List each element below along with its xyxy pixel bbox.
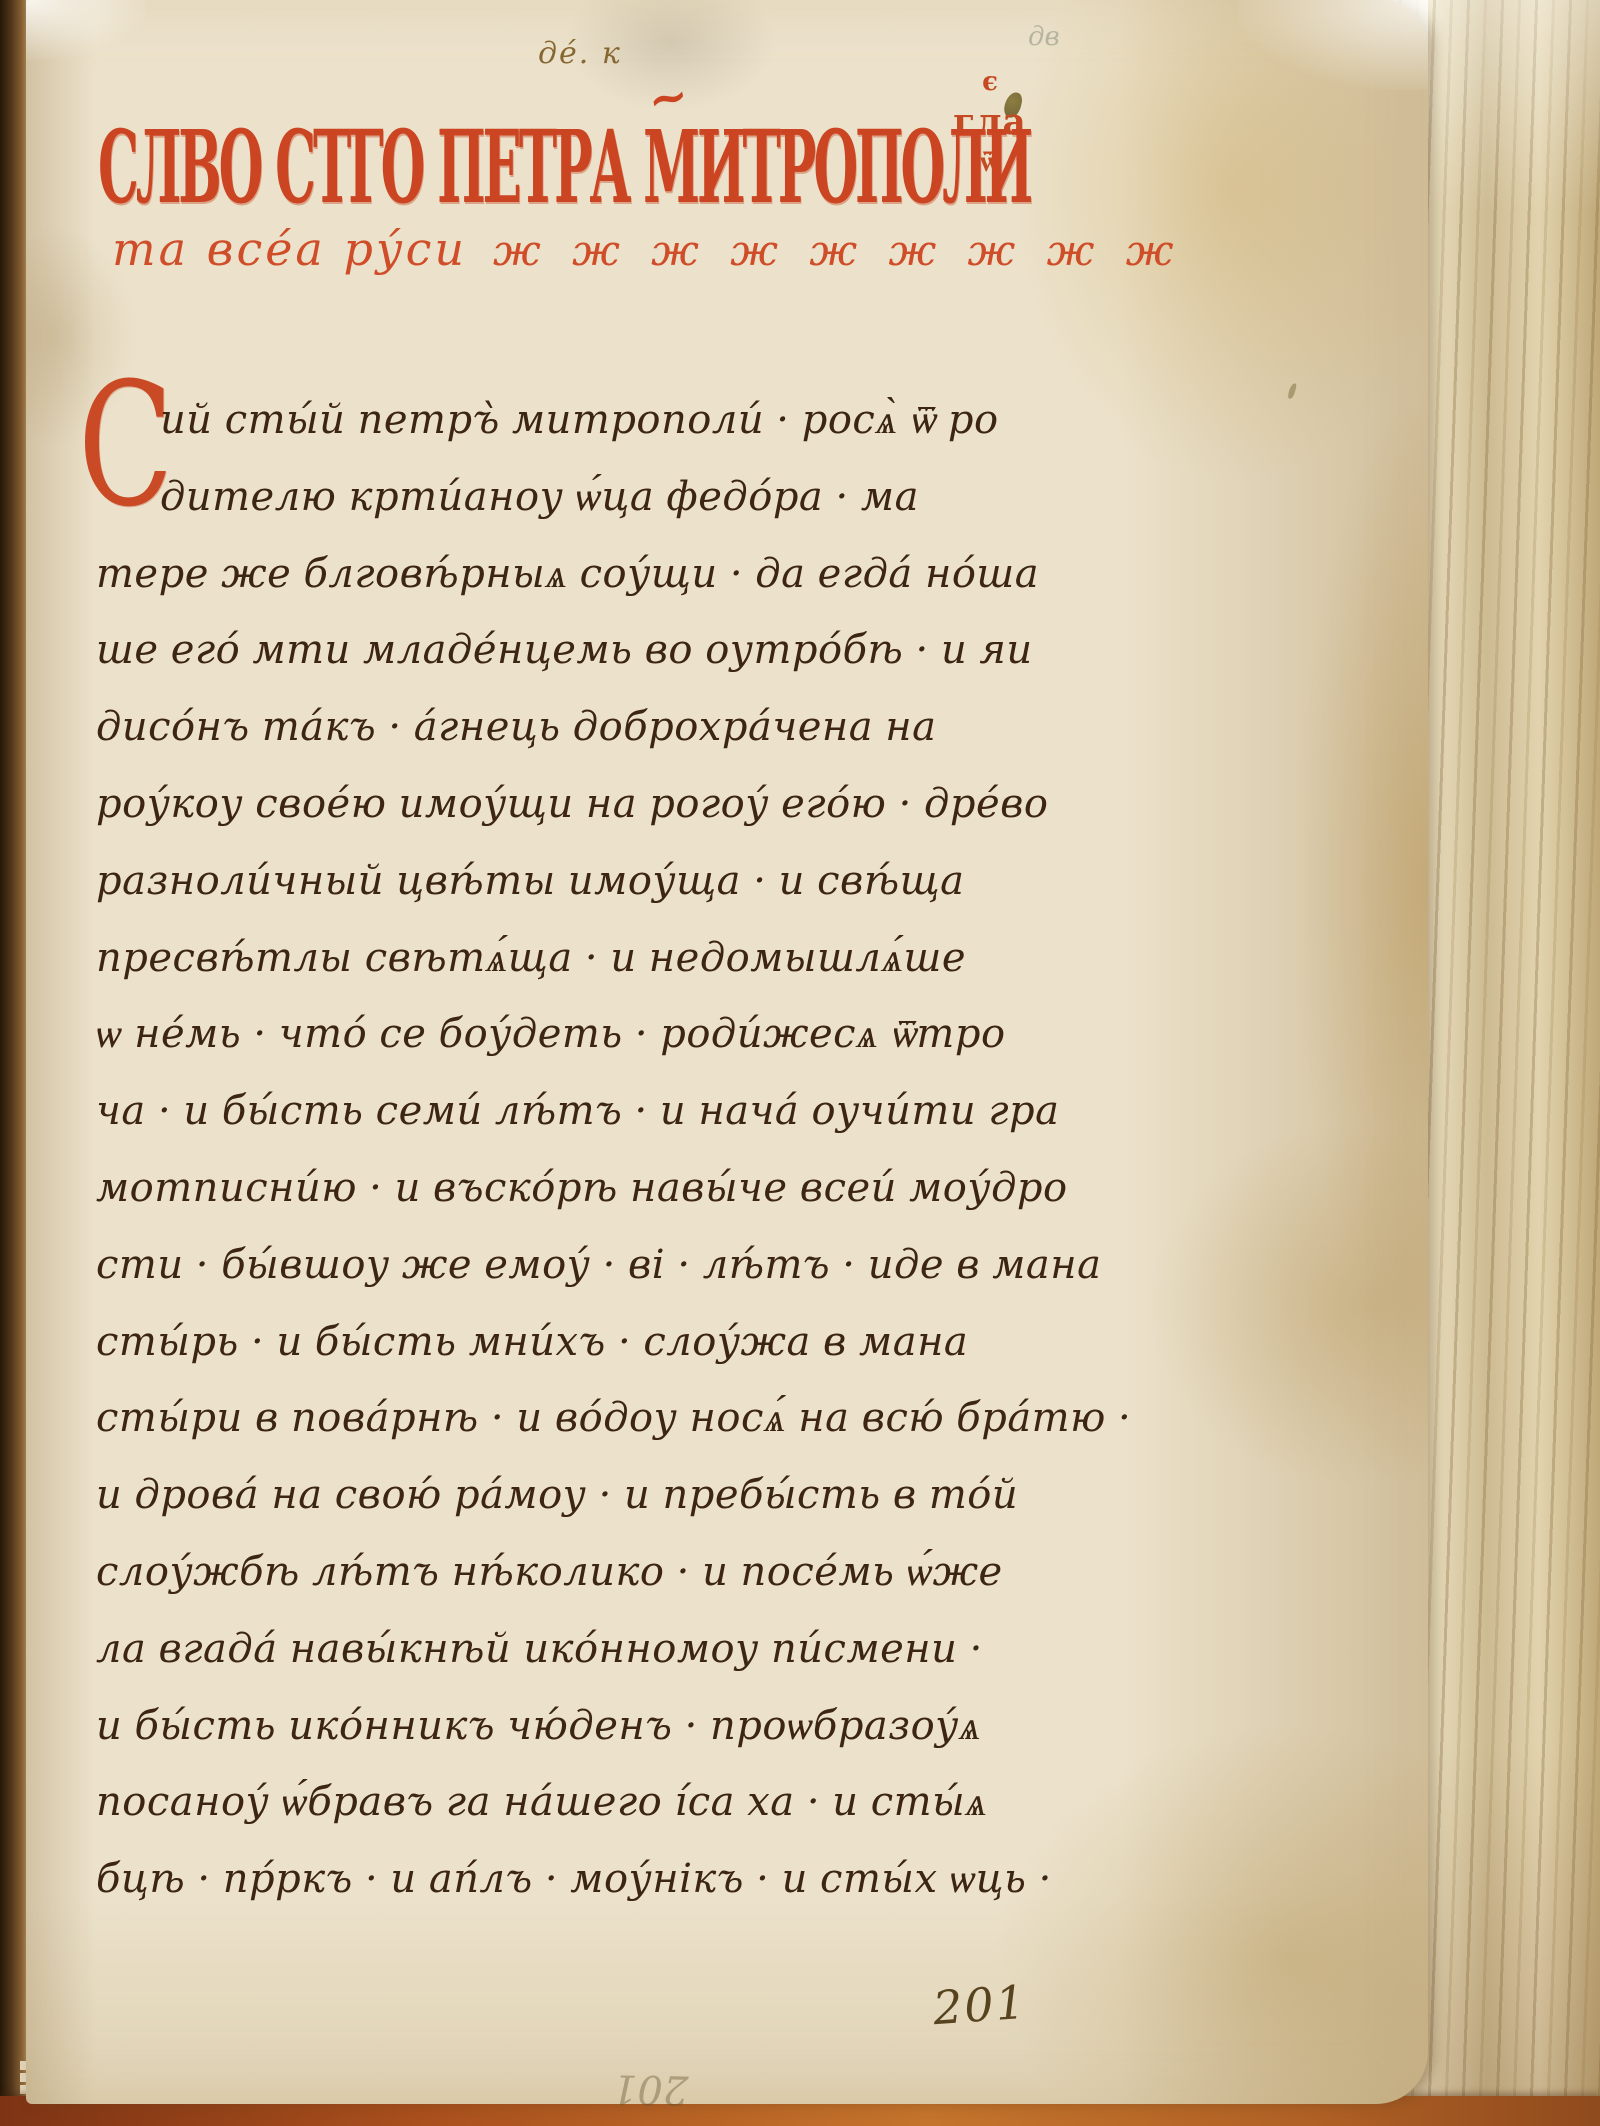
text-line: посаноу́ ѡ́бравъ га на́шего і́са ха · и … (96, 1764, 976, 1841)
text-line: дителю крти́аноу ѡ́ца федо́ра · ма (96, 459, 976, 536)
text-line: тере же блговѣ́рныѧ соу́щи · да егда́ но… (96, 536, 976, 613)
text-line: разноли́чный цвѣ́ты имоу́ща · и свѣ́ща (96, 843, 976, 920)
folio-number-showthrough: 201 (612, 2065, 689, 2112)
text-line: ше его́ мти младе́нцемь во оутро́бѣ · и … (96, 612, 976, 689)
text-line: и бы́сть ико́нникъ чю́денъ · проѡбразоу́… (96, 1688, 976, 1765)
text-line: пресвѣ́тлы свѣтѧ́ща · и недомышлѧ́ше (96, 920, 976, 997)
text-line: мотписни́ю · и въско́рѣ навы́че всеи́ мо… (96, 1150, 976, 1227)
manuscript-photo: де́. к дв є гла ѿ ~ СЛВО СТГО ПЕТРА МИТР… (0, 0, 1600, 2126)
rubric-ornament: ж ж ж ж ж ж ж ж ж (493, 226, 1182, 275)
gloss-line: є (942, 62, 1038, 102)
page-corner-highlight (26, 0, 146, 60)
corner-pencil-note: дв (1028, 22, 1060, 52)
text-line: сты́ри в пова́рнѣ · и во́доу носѧ́ на вс… (96, 1380, 976, 1457)
text-line: и дрова́ на свою́ ра́моу · и пребы́сть в… (96, 1457, 976, 1534)
body-text: ий сты́й петръ̀ митрополи́ · росѧ̀ ѿ ро … (96, 382, 976, 1918)
text-line: ѡ не́мь · что́ се боу́деть · роди́жесѧ ѿ… (96, 996, 976, 1073)
text-line: слоу́жбѣ лѣ́тъ нѣ́колико · и посе́мь ѡ́ж… (96, 1534, 976, 1611)
text-line: роу́коу свое́ю имоу́щи на рогоу́ его́ю ·… (96, 766, 976, 843)
text-line: ий сты́й петръ̀ митрополи́ · росѧ̀ ѿ ро (96, 382, 976, 459)
text-line: дисо́нъ та́къ · а́гнець доброхра́чена на (96, 689, 976, 766)
text-line: ла вгада́ навы́кнѣй ико́нномоу пи́смени … (96, 1611, 976, 1688)
header-quire-mark: де́. к (538, 36, 622, 71)
page-corner-highlight (1238, 0, 1428, 90)
text-line: сти · бы́вшоу же емоу́ · ві · лѣ́тъ · ид… (96, 1227, 976, 1304)
text-line: ча · и бы́сть семи́ лѣ́тъ · и нача́ оучи… (96, 1073, 976, 1150)
rubric-title-line-2: та все́а ру́сиж ж ж ж ж ж ж ж ж (112, 222, 1182, 276)
rubric-title-line-1: СЛВО СТГО ПЕТРА МИТРОПОЛИ (98, 108, 1030, 227)
rubric-title-text: та все́а ру́си (112, 222, 467, 276)
folio-number: 201 (931, 1975, 1028, 2035)
text-line: бцѣ · пр́ркъ · и ап́лъ · моу́нікъ · и ст… (96, 1841, 976, 1918)
text-line: сты́рь · и бы́сть мни́хъ · слоу́жа в ман… (96, 1304, 976, 1381)
